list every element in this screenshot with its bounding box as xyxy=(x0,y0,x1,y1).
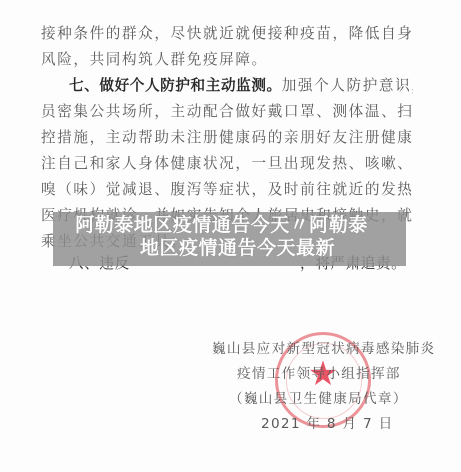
body-text-line: 控措施，主动帮助未注册健康码的亲朋好友注册健康码。密切关 xyxy=(41,129,413,147)
body-text-line: 风险，共同构筑人群免疫屏障。 xyxy=(41,51,413,69)
signature-org-line1: 巍山县应对新型冠状病毒感染肺炎 xyxy=(212,341,435,357)
signature-date: 2021 年 8 月 7 日 xyxy=(261,416,393,432)
banner-title-line1: 阿勒泰地区疫情通告今天〃阿勒泰 xyxy=(45,214,398,236)
signature-org-line3: （巍山县卫生健康局代章） xyxy=(229,391,408,407)
signature-org-line2: 疫情工作领导小组指挥部 xyxy=(237,366,401,382)
body-text-line: 员密集公共场所，主动配合做好戴口罩、测体温、扫码亮码等防 xyxy=(41,103,413,121)
body-text-line: 嗅（味）觉减退、腹泻等症状，及时前往就近的发热门诊或定点 xyxy=(41,181,413,199)
title-overlay-banner: 阿勒泰地区疫情通告今天〃阿勒泰 地区疫情通告今天最新 xyxy=(53,212,406,266)
section-7-heading: 七、做好个人防护和主动监测。 xyxy=(69,77,282,94)
section-7-first-line: 七、做好个人防护和主动监测。加强个人防护意识，出入人 xyxy=(69,77,413,95)
banner-title-line2: 地区疫情通告今天最新 xyxy=(61,237,414,259)
section-7-text: 加强个人防护意识，出入人 xyxy=(282,77,413,94)
body-text-line: 注自己和家人身体健康状况，一旦出现发热、咳嗽、咽痛、乏力、 xyxy=(41,155,413,173)
body-text-line: 接种条件的群众，尽快就近就便接种疫苗，降低自身感染和发病 xyxy=(41,25,413,43)
